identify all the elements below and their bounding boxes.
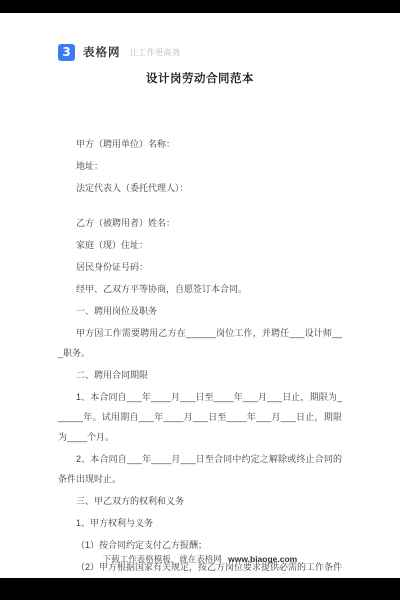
document-title: 设计岗劳动合同范本	[0, 70, 400, 86]
section-3-sub-heading: 1、甲方权利与义务	[58, 513, 342, 533]
document-page: 3 表格网 让工作更高效 设计岗劳动合同范本 甲方（聘用单位）名称： 地址： 法…	[0, 13, 400, 578]
agreement-intro-line: 经甲、乙双方平等协商，自愿签订本合同。	[58, 279, 342, 299]
biaoge-logo-icon: 3	[58, 44, 75, 61]
brand-name: 表格网	[83, 44, 121, 60]
section-2-clause-1: 1、本合同自___年____月___日至____年___月___日止，期限为__…	[58, 387, 342, 447]
letterbox-bottom	[0, 578, 400, 600]
section-1-clause: 甲方因工作需要聘用乙方在______岗位工作，并聘任___设计师___职务。	[58, 323, 342, 363]
section-1-heading: 一、聘用岗位及职务	[58, 301, 342, 321]
letterbox-top	[0, 0, 400, 13]
page-footer: 下载工作表格模板，就在表格网 www.biaoge.com	[0, 553, 400, 565]
party-b-name-line: 乙方（被聘用者）姓名：	[58, 213, 342, 233]
party-b-address-line: 家庭（现）住址：	[58, 235, 342, 255]
viewer-stage: 3 表格网 让工作更高效 设计岗劳动合同范本 甲方（聘用单位）名称： 地址： 法…	[0, 0, 400, 600]
section-3-heading: 三、甲乙双方的权利和义务	[58, 491, 342, 511]
section-2-heading: 二、聘用合同期限	[58, 365, 342, 385]
footer-url: www.biaoge.com	[228, 554, 297, 564]
party-a-address-line: 地址：	[58, 156, 342, 176]
party-b-id-line: 居民身份证号码：	[58, 257, 342, 277]
section-3-clause-1: （1）按合同约定支付乙方报酬；	[58, 535, 342, 555]
brand-tagline: 让工作更高效	[130, 47, 181, 58]
legal-representative-line: 法定代表人（委托代理人）：	[58, 178, 342, 198]
footer-slogan: 下载工作表格模板，就在表格网	[103, 554, 222, 564]
document-body: 甲方（聘用单位）名称： 地址： 法定代表人（委托代理人）： 乙方（被聘用者）姓名…	[0, 134, 400, 597]
party-a-name-line: 甲方（聘用单位）名称：	[58, 134, 342, 154]
section-2-clause-2: 2、本合同自___年____月___日至合同中约定之解除或终止合同的条件出现时止…	[58, 449, 342, 489]
brand-header: 3 表格网 让工作更高效	[58, 43, 400, 61]
